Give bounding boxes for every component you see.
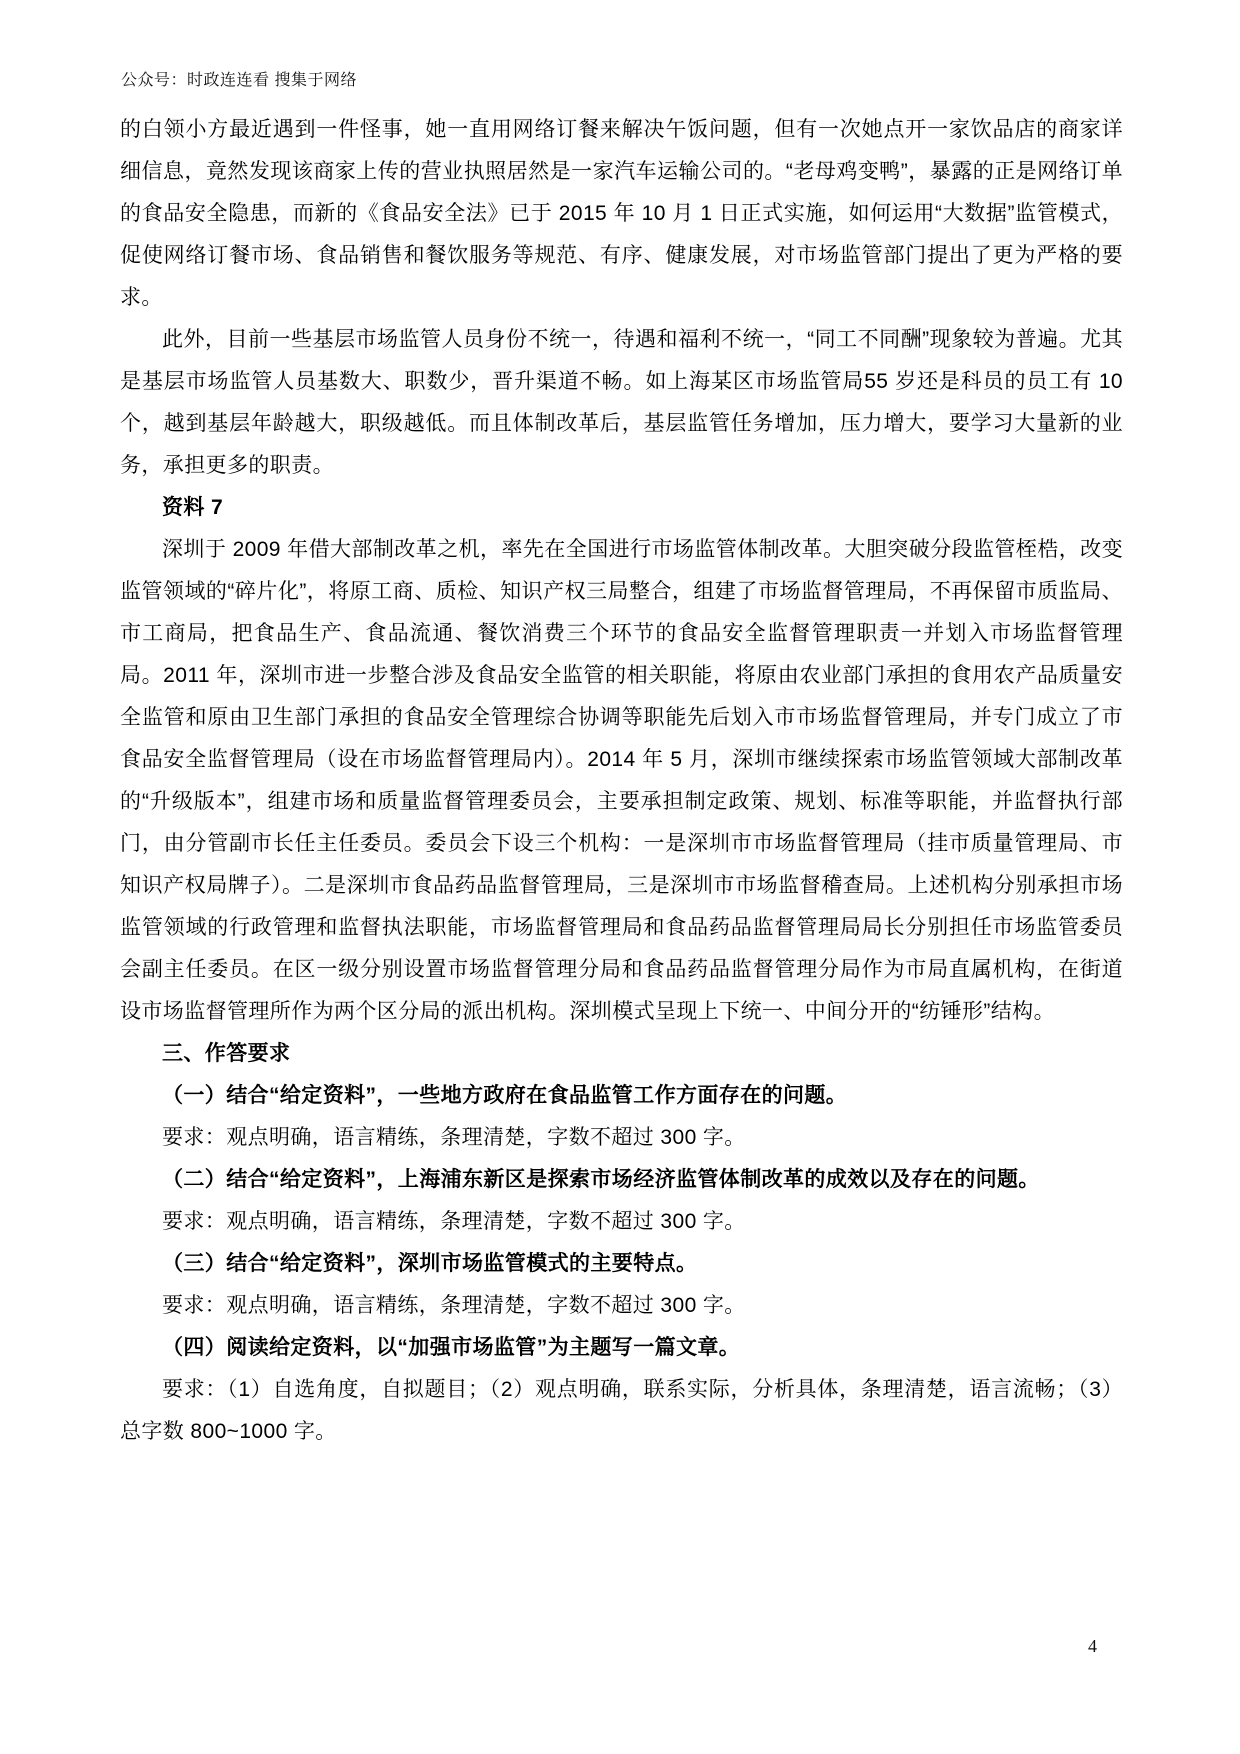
body-paragraph: 要求：观点明确，语言精练，条理清楚，字数不超过 300 字。 (120, 1201, 1123, 1243)
heading-paragraph: （一）结合“给定资料”，一些地方政府在食品监管工作方面存在的问题。 (120, 1075, 1123, 1117)
heading-paragraph: （二）结合“给定资料”，上海浦东新区是探索市场经济监管体制改革的成效以及存在的问… (120, 1159, 1123, 1201)
body-paragraph: 要求：（1）自选角度，自拟题目；（2）观点明确，联系实际，分析具体，条理清楚，语… (120, 1369, 1123, 1453)
body-paragraph: 要求：观点明确，语言精练，条理清楚，字数不超过 300 字。 (120, 1285, 1123, 1327)
heading-paragraph: （三）结合“给定资料”，深圳市场监管模式的主要特点。 (120, 1243, 1123, 1285)
body-paragraph: 深圳于 2009 年借大部制改革之机，率先在全国进行市场监管体制改革。大胆突破分… (120, 529, 1123, 1033)
heading-paragraph: 资料 7 (120, 487, 1123, 529)
heading-paragraph: 三、作答要求 (120, 1033, 1123, 1075)
heading-paragraph: （四）阅读给定资料，以“加强市场监管”为主题写一篇文章。 (120, 1327, 1123, 1369)
body-paragraph: 要求：观点明确，语言精练，条理清楚，字数不超过 300 字。 (120, 1117, 1123, 1159)
body-paragraph: 此外，目前一些基层市场监管人员身份不统一，待遇和福利不统一，“同工不同酬”现象较… (120, 319, 1123, 487)
body-paragraph: 的白领小方最近遇到一件怪事，她一直用网络订餐来解决午饭问题，但有一次她点开一家饮… (120, 109, 1123, 319)
document-page: 公众号：时政连连看 搜集于网络 的白领小方最近遇到一件怪事，她一直用网络订餐来解… (0, 0, 1240, 1754)
document-body: 的白领小方最近遇到一件怪事，她一直用网络订餐来解决午饭问题，但有一次她点开一家饮… (120, 109, 1123, 1453)
page-header-watermark: 公众号：时政连连看 搜集于网络 (121, 71, 357, 91)
page-number: 4 (1088, 1636, 1097, 1657)
